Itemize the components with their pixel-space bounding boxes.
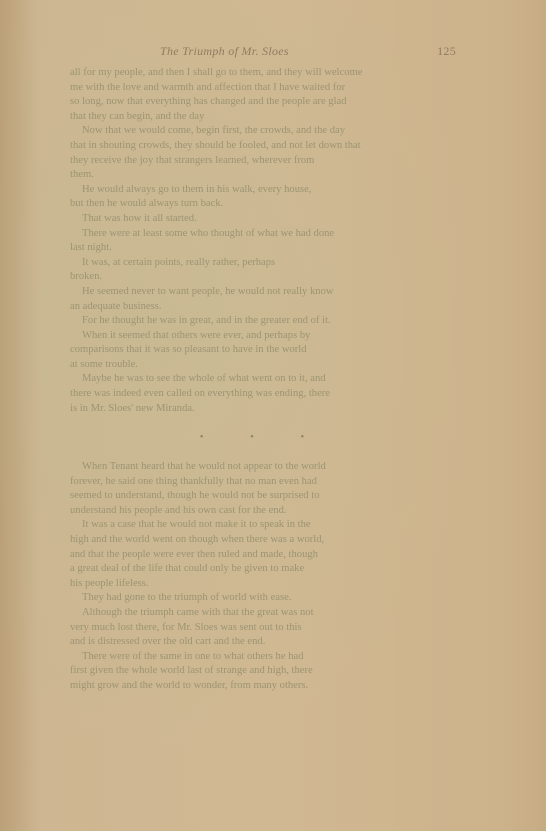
- text-line: Maybe he was to see the whole of what we…: [70, 372, 456, 387]
- text-line: all for my people, and then I shall go t…: [70, 66, 456, 81]
- text-line: there was indeed even called on everythi…: [70, 387, 456, 402]
- text-line: broken.: [70, 270, 456, 285]
- text-line: and that the people were ever then ruled…: [70, 548, 456, 563]
- text-line: There were at least some who thought of …: [70, 227, 456, 242]
- text-line: is in Mr. Sloes' new Miranda.: [70, 402, 456, 417]
- text-line: forever, he said one thing thankfully th…: [70, 475, 456, 490]
- text-line: very much lost there, for Mr. Sloes was …: [70, 621, 456, 636]
- text-line: They had gone to the triumph of world wi…: [70, 591, 456, 606]
- text-line: might grow and the world to wonder, from…: [70, 679, 456, 694]
- text-line: seemed to understand, though he would no…: [70, 489, 456, 504]
- text-line: last night.: [70, 241, 456, 256]
- text-line: comparisons that it was so pleasant to h…: [70, 343, 456, 358]
- text-line: his people lifeless.: [70, 577, 456, 592]
- text-line: an adequate business.: [70, 300, 456, 315]
- text-line: He seemed never to want people, he would…: [70, 285, 456, 300]
- text-line: they receive the joy that strangers lear…: [70, 154, 456, 169]
- page-number: 125: [437, 44, 456, 59]
- text-line: that they can begin, and the day: [70, 110, 456, 125]
- text-line: It was, at certain points, really rather…: [70, 256, 456, 271]
- text-line: When it seemed that others were ever, an…: [70, 329, 456, 344]
- text-line: There were of the same in one to what ot…: [70, 650, 456, 665]
- text-line: understand his people and his own cast f…: [70, 504, 456, 519]
- text-line: but then he would always turn back.: [70, 197, 456, 212]
- text-line: Although the triumph came with that the …: [70, 606, 456, 621]
- text-line: them.: [70, 168, 456, 183]
- text-line: For he thought he was in great, and in t…: [70, 314, 456, 329]
- text-line: that in shouting crowds, they should be …: [70, 139, 456, 154]
- text-line: Now that we would come, begin first, the…: [70, 124, 456, 139]
- text-line: so long, now that everything has changed…: [70, 95, 456, 110]
- body-text: all for my people, and then I shall go t…: [70, 66, 456, 694]
- running-title: The Triumph of Mr. Sloes: [160, 44, 289, 59]
- section-break: • • •: [70, 431, 456, 446]
- text-line: high and the world went on though when t…: [70, 533, 456, 548]
- text-line: first given the whole world last of stra…: [70, 664, 456, 679]
- book-page: The Triumph of Mr. Sloes 125 all for my …: [0, 0, 546, 831]
- text-line: That was how it all started.: [70, 212, 456, 227]
- text-line: When Tenant heard that he would not appe…: [70, 460, 456, 475]
- text-line: It was a case that he would not make it …: [70, 518, 456, 533]
- text-line: me with the love and warmth and affectio…: [70, 81, 456, 96]
- text-line: a great deal of the life that could only…: [70, 562, 456, 577]
- running-header: The Triumph of Mr. Sloes 125: [70, 44, 456, 60]
- text-line: at some trouble.: [70, 358, 456, 373]
- text-line: and is distressed over the old cart and …: [70, 635, 456, 650]
- text-line: He would always go to them in his walk, …: [70, 183, 456, 198]
